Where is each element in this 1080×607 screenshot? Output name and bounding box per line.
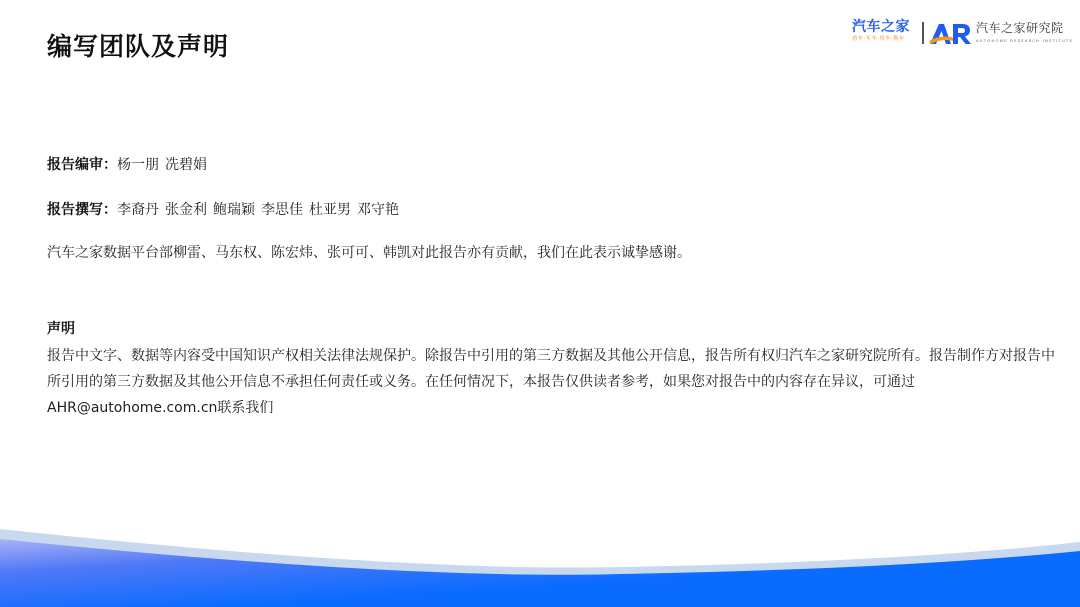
editor-name: 杨一朋 <box>117 157 159 173</box>
editor-names: 杨一朋冼碧娟 <box>117 157 213 173</box>
footer-wave-decoration <box>0 517 1080 607</box>
writer-name: 李思佳 <box>261 202 303 218</box>
writers-label: 报告撰写： <box>47 202 117 218</box>
editor-line: 报告编审：杨一朋冼碧娟 <box>47 154 213 174</box>
writer-name: 李裔丹 <box>117 202 159 218</box>
writers-line: 报告撰写：李裔丹张金利鲍瑞颖李思佳杜亚男邓守艳 <box>47 199 405 219</box>
writer-name: 邓守艳 <box>357 202 399 218</box>
editor-label: 报告编审： <box>47 157 117 173</box>
institute-name-en: AUTOHOME RESEARCH INSTITUTE <box>976 38 1073 44</box>
autohome-slogan: 看车·买车·用车·换车 <box>852 35 910 43</box>
page-title: 编写团队及声明 <box>47 27 229 63</box>
ar-logo-icon <box>929 22 973 46</box>
logo-divider <box>922 22 924 44</box>
autohome-logo: 汽车之家 看车·买车·用车·换车 <box>852 19 910 43</box>
statement-body: 报告中文字、数据等内容受中国知识产权相关法律法规保护。除报告中引用的第三方数据及… <box>47 343 1057 421</box>
writer-name: 杜亚男 <box>309 202 351 218</box>
header-logos: 汽车之家 看车·买车·用车·换车 汽车之家研究院 AUTOHOME RESEAR… <box>852 19 1072 49</box>
statement-title: 声明 <box>47 318 75 338</box>
acknowledgement-text: 汽车之家数据平台部柳雷、马东权、陈宏炜、张可可、韩凯对此报告亦有贡献，我们在此表… <box>47 242 691 262</box>
institute-name: 汽车之家研究院 AUTOHOME RESEARCH INSTITUTE <box>976 21 1073 44</box>
writer-name: 张金利 <box>165 202 207 218</box>
editor-name: 冼碧娟 <box>165 157 207 173</box>
autohome-brand-text: 汽车之家 <box>852 19 910 35</box>
writers-names: 李裔丹张金利鲍瑞颖李思佳杜亚男邓守艳 <box>117 202 405 218</box>
writer-name: 鲍瑞颖 <box>213 202 255 218</box>
institute-name-cn: 汽车之家研究院 <box>976 21 1073 35</box>
